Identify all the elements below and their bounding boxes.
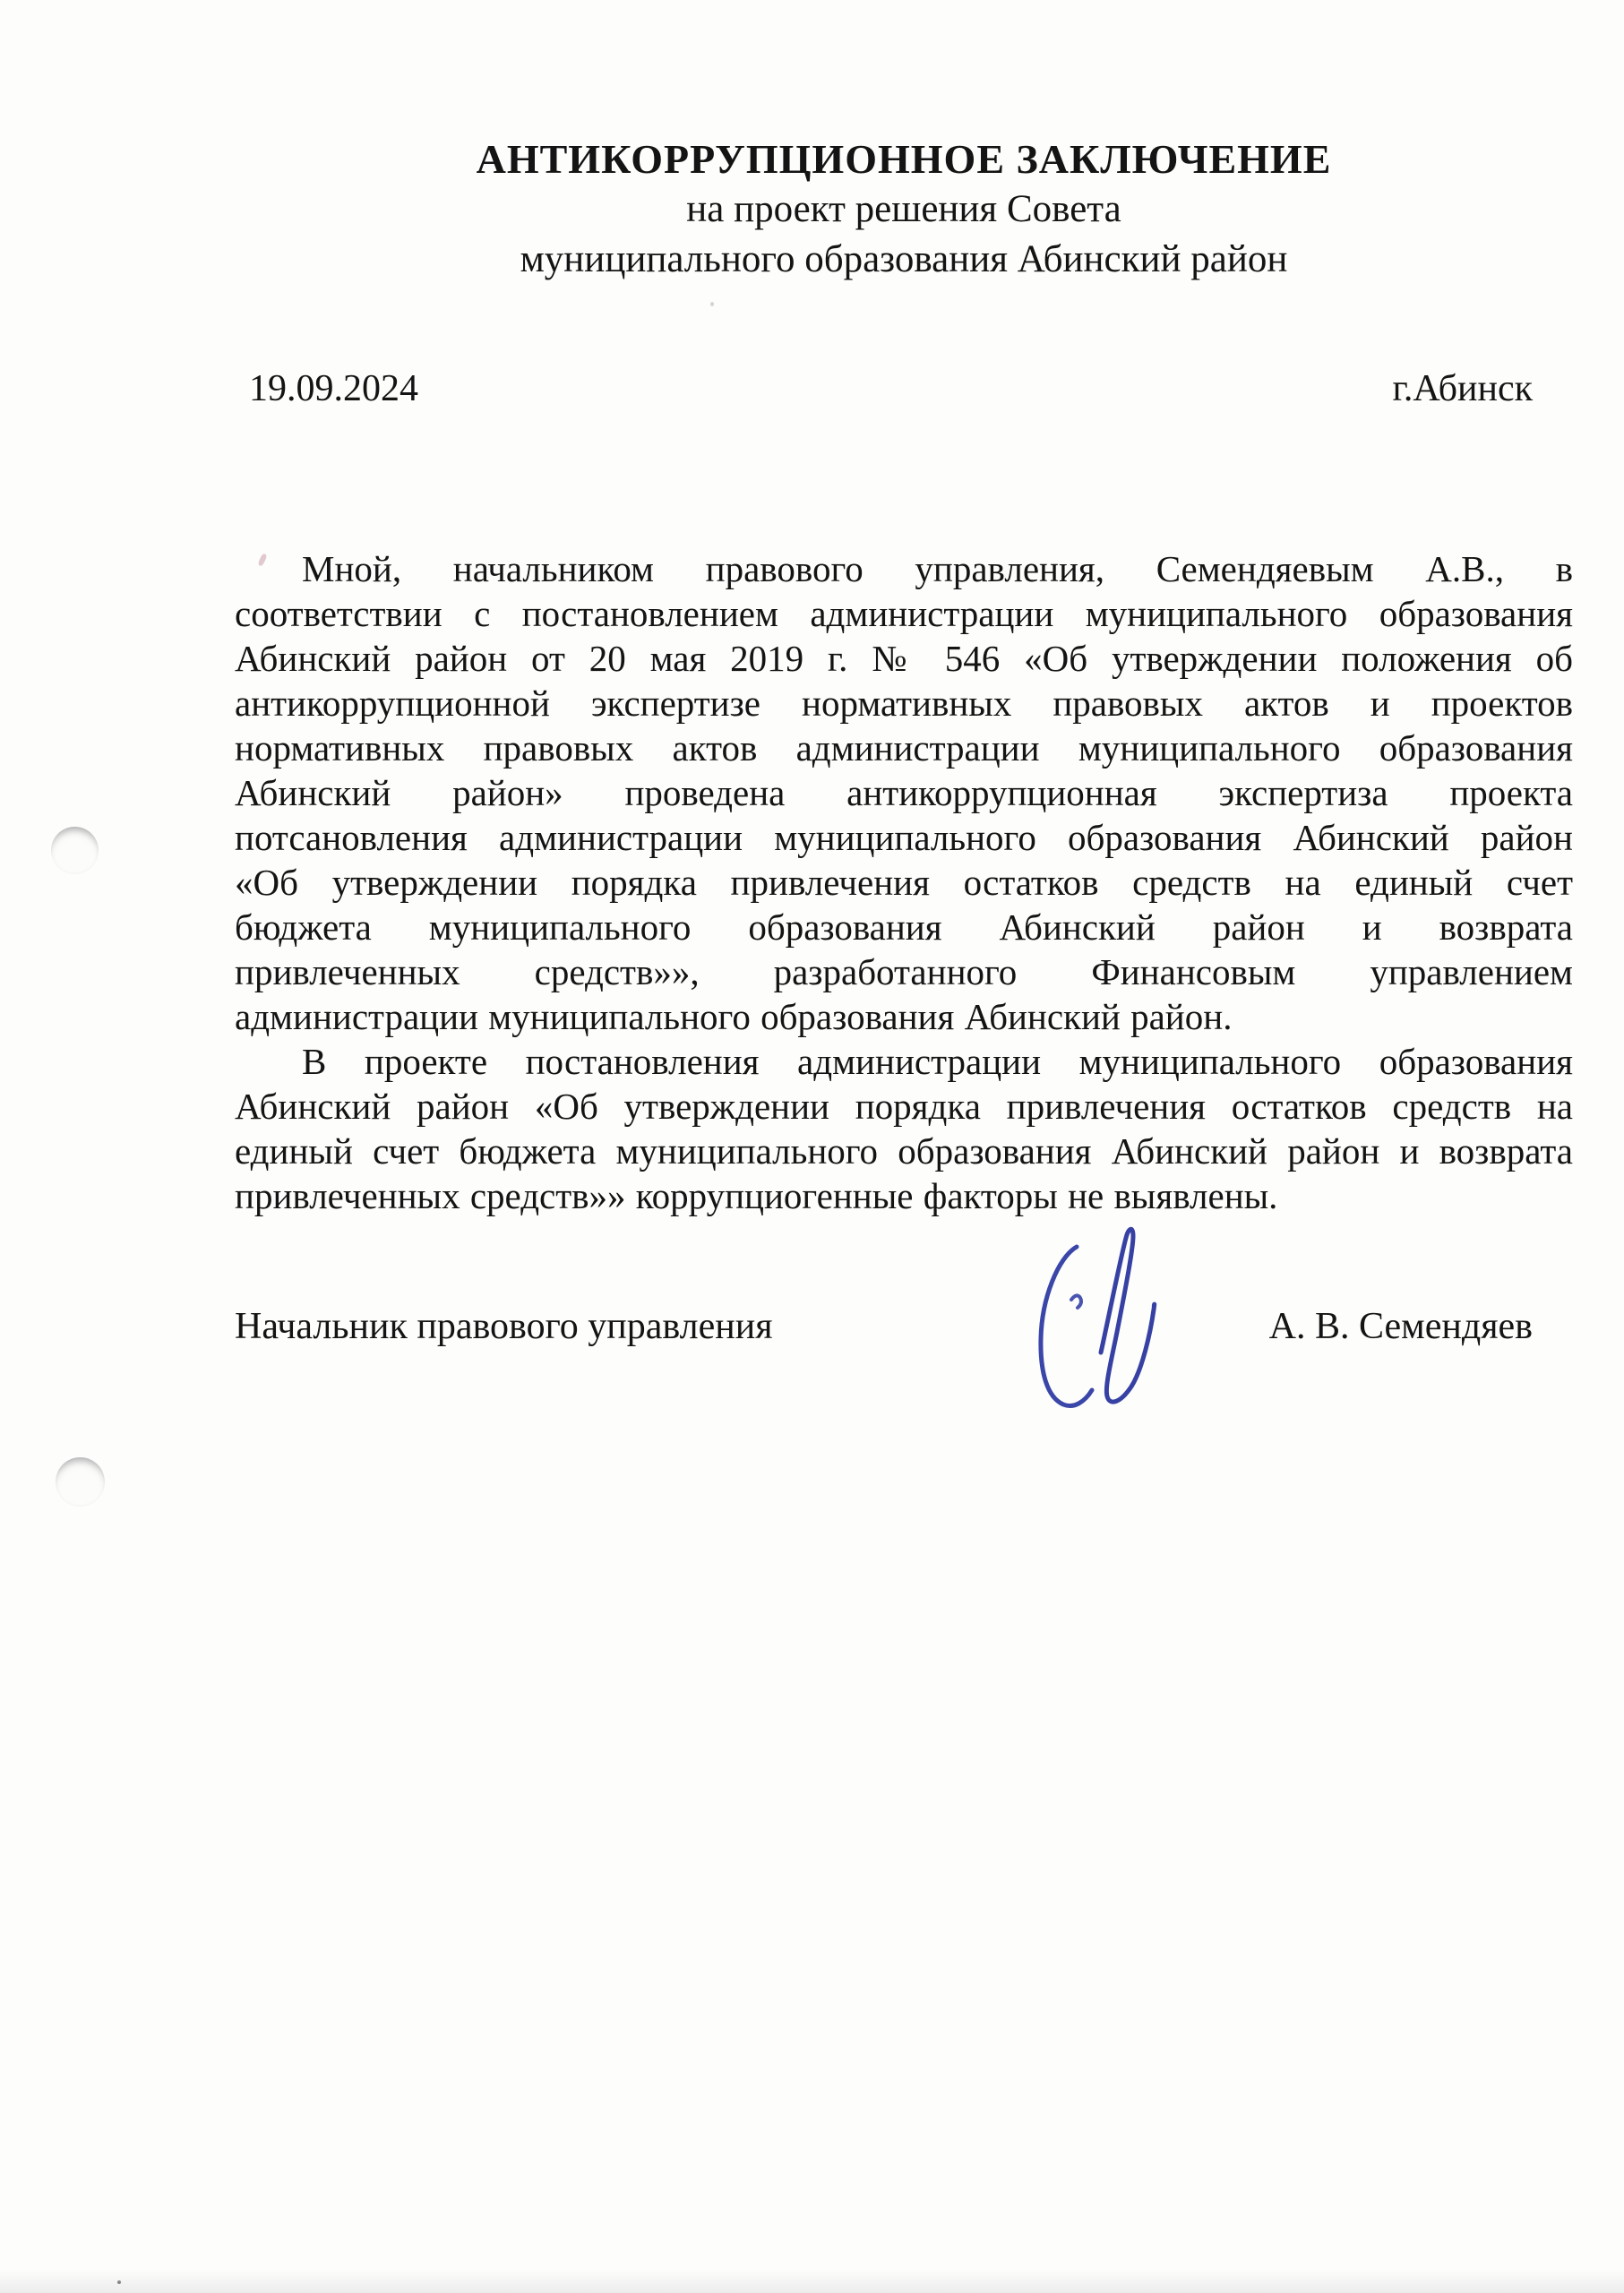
paragraph-line: соответствии с постановлением администра… <box>235 591 1573 636</box>
signer-name: А. В. Семендяев <box>1269 1303 1533 1350</box>
punch-hole-top <box>51 827 99 874</box>
scan-speck <box>710 302 714 306</box>
paragraph-line: администрации муниципального образования… <box>235 994 1573 1039</box>
document-subtitle-line2: муниципального образования Абинский райо… <box>235 235 1573 285</box>
signer-position: Начальник правового управления <box>235 1303 773 1350</box>
signature-row: Начальник правового управления А. В. Сем… <box>235 1303 1573 1350</box>
paragraph-line: Абинский район «Об утверждении порядка п… <box>235 1084 1573 1129</box>
paragraph-line: В проекте постановления администрации му… <box>235 1039 1573 1084</box>
paragraph: В проекте постановления администрации му… <box>235 1039 1573 1218</box>
date-city-row: 19.09.2024 г.Абинск <box>235 365 1573 412</box>
paragraph-line: единый счет бюджета муниципального образ… <box>235 1129 1573 1173</box>
scan-speck <box>117 2280 121 2284</box>
paragraph-line: «Об утверждении порядка привлечения оста… <box>235 860 1573 905</box>
document-date: 19.09.2024 <box>249 365 418 412</box>
punch-hole-bottom <box>56 1457 105 1507</box>
paragraph-line: привлеченных средств»» коррупциогенные ф… <box>235 1173 1573 1218</box>
signature-ink <box>1026 1220 1160 1419</box>
paragraph-line: нормативных правовых актов администрации… <box>235 726 1573 770</box>
paragraph-line: привлеченных средств»», разработанного Ф… <box>235 949 1573 994</box>
paragraph-line: бюджета муниципального образования Абинс… <box>235 905 1573 949</box>
paragraph: Мной, начальником правового управления, … <box>235 546 1573 1039</box>
document-body: Мной, начальником правового управления, … <box>235 546 1573 1218</box>
paragraph-line: антикоррупционной экспертизе нормативных… <box>235 681 1573 726</box>
paragraph-line: потсановления администрации муниципально… <box>235 815 1573 860</box>
paragraph-line: Мной, начальником правового управления, … <box>235 546 1573 591</box>
document-title: АНТИКОРРУПЦИОННОЕ ЗАКЛЮЧЕНИЕ <box>235 134 1573 185</box>
scanned-document-page: АНТИКОРРУПЦИОННОЕ ЗАКЛЮЧЕНИЕ на проект р… <box>0 0 1624 2293</box>
document-subtitle-line1: на проект решения Совета <box>235 185 1573 235</box>
scan-edge-shading <box>0 2270 1624 2293</box>
paragraph-line: Абинский район» проведена антикоррупцион… <box>235 770 1573 815</box>
document-title-block: АНТИКОРРУПЦИОННОЕ ЗАКЛЮЧЕНИЕ на проект р… <box>235 134 1573 285</box>
paragraph-line: Абинский район от 20 мая 2019 г. № 546 «… <box>235 636 1573 681</box>
document-city: г.Абинск <box>1392 365 1533 412</box>
